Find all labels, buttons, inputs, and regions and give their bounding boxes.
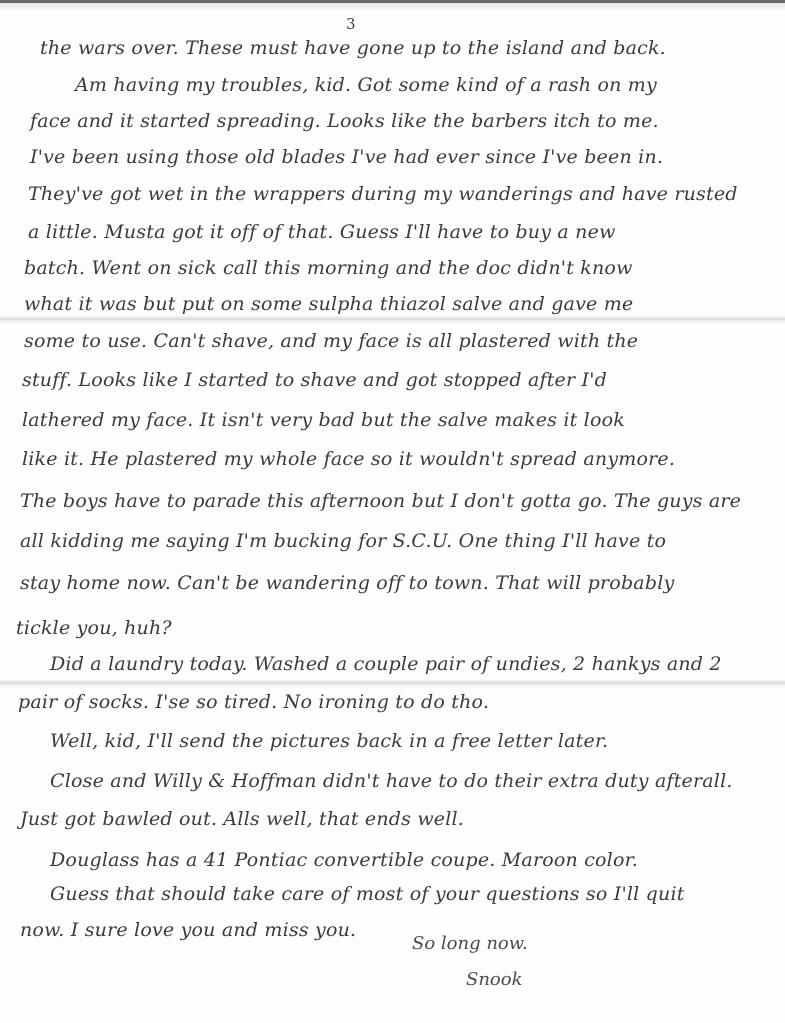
letter-line: Close and Willy & Hoffman didn't have to… xyxy=(50,770,733,792)
letter-line: the wars over. These must have gone up t… xyxy=(40,37,666,59)
letter-signature: Snook xyxy=(466,969,523,990)
page-number: 3 xyxy=(346,15,356,33)
letter-page: 3 the wars over. These must have gone up… xyxy=(0,0,785,1023)
page-top-edge xyxy=(0,3,785,11)
letter-line: Am having my troubles, kid. Got some kin… xyxy=(75,74,657,96)
letter-line: Just got bawled out. Alls well, that end… xyxy=(20,808,464,830)
paper-fold-line xyxy=(0,679,785,689)
letter-line: batch. Went on sick call this morning an… xyxy=(24,257,633,279)
letter-line: what it was but put on some sulpha thiaz… xyxy=(24,293,633,315)
paper-fold-line xyxy=(0,315,785,325)
letter-line: face and it started spreading. Looks lik… xyxy=(30,110,659,132)
letter-line: some to use. Can't shave, and my face is… xyxy=(24,330,638,352)
letter-line: Well, kid, I'll send the pictures back i… xyxy=(50,730,608,752)
letter-line: a little. Musta got it off of that. Gues… xyxy=(28,221,616,243)
letter-line: stuff. Looks like I started to shave and… xyxy=(22,369,607,391)
letter-line: all kidding me saying I'm bucking for S.… xyxy=(20,530,666,552)
letter-line: like it. He plastered my whole face so i… xyxy=(22,448,675,470)
letter-line: pair of socks. I'se so tired. No ironing… xyxy=(18,691,489,713)
letter-line: Did a laundry today. Washed a couple pai… xyxy=(50,653,722,675)
letter-line: stay home now. Can't be wandering off to… xyxy=(20,572,674,594)
letter-line: The boys have to parade this afternoon b… xyxy=(20,490,741,512)
letter-line: I've been using those old blades I've ha… xyxy=(30,146,663,168)
letter-line: Douglass has a 41 Pontiac convertible co… xyxy=(50,849,638,871)
letter-line: tickle you, huh? xyxy=(16,617,172,639)
letter-line: now. I sure love you and miss you. xyxy=(20,919,356,941)
letter-line: lathered my face. It isn't very bad but … xyxy=(22,409,625,431)
letter-line: Guess that should take care of most of y… xyxy=(50,883,685,905)
letter-line: They've got wet in the wrappers during m… xyxy=(28,183,738,205)
letter-closing: So long now. xyxy=(412,933,528,954)
